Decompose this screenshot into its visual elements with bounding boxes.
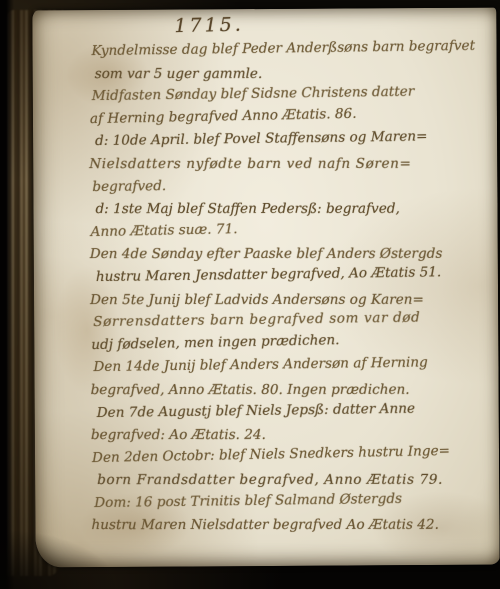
manuscript-line: hustru Maren Nielsdatter begrafved Ao Æt… xyxy=(91,514,489,537)
manuscript-line: begrafved. xyxy=(92,170,487,198)
scanned-register-photo: 1715. Kyndelmisse dag blef Peder Anderßs… xyxy=(0,0,500,589)
year-heading: 1715. xyxy=(174,14,244,38)
manuscript-line: Den 14de Junij blef Anders Andersøn af H… xyxy=(93,351,488,379)
manuscript-line: hustru Maren Jensdatter begrafved, Ao Æt… xyxy=(96,261,488,289)
manuscript-line: Den 7de Augustj blef Niels Jepsß: datter… xyxy=(97,396,489,424)
spine-shadow xyxy=(0,0,14,589)
manuscript-line: Kyndelmisse dag blef Peder Anderßsøns ba… xyxy=(91,35,486,63)
manuscript-lines: Kyndelmisse dag blef Peder Anderßsøns ba… xyxy=(88,38,489,537)
corner-shadow xyxy=(0,529,120,589)
manuscript-page: 1715. Kyndelmisse dag blef Peder Anderßs… xyxy=(32,8,499,568)
manuscript-line: Dom: 16 post Trinitis blef Salmand Øster… xyxy=(94,486,489,514)
manuscript-line: d: 10de April. blef Povel Staffensøns og… xyxy=(95,125,487,153)
